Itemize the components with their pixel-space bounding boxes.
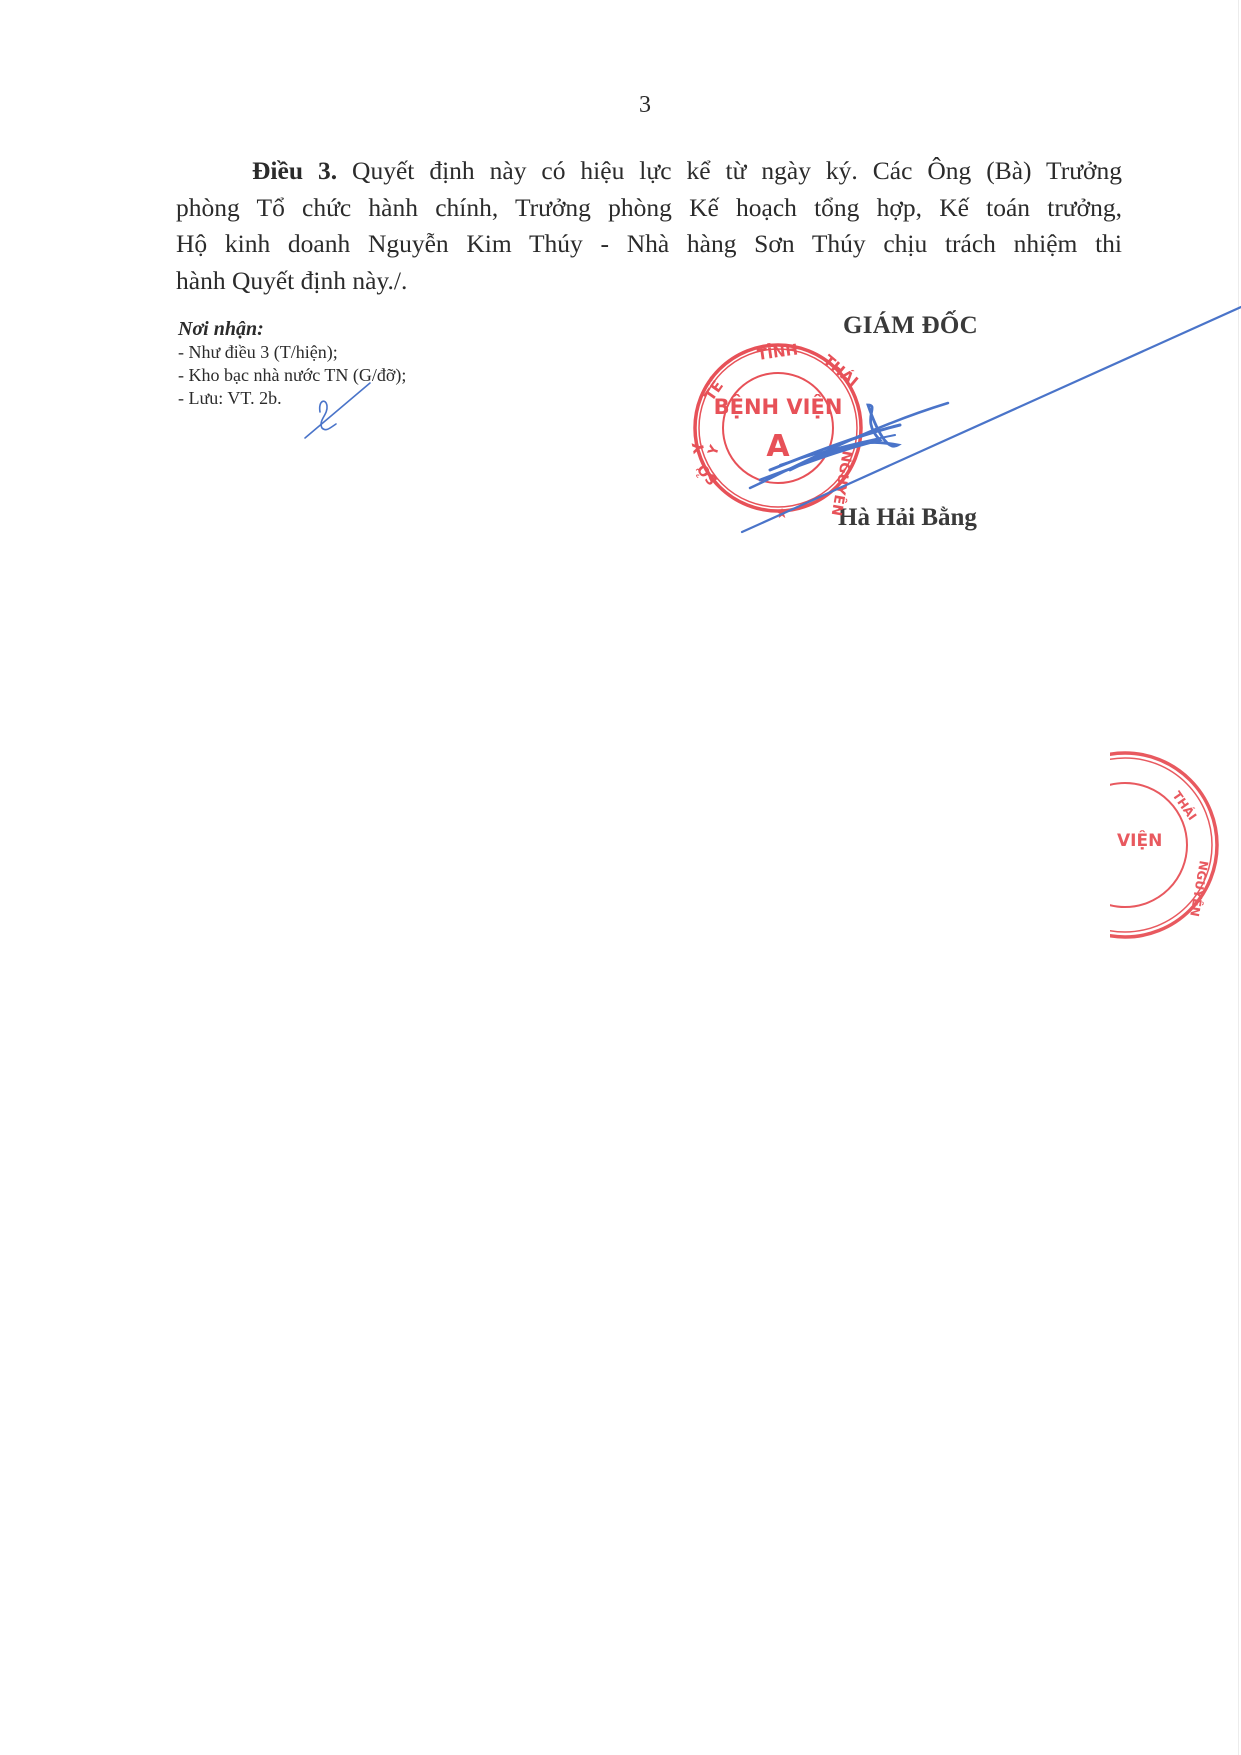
recipients-title: Nơi nhận:: [178, 317, 406, 341]
article-line-3: Hộ kinh doanh Nguyễn Kim Thúy - Nhà hàng…: [176, 226, 1122, 263]
recipients-block: Nơi nhận: - Như điều 3 (T/hiện); - Kho b…: [178, 317, 406, 410]
svg-text:THÁI: THÁI: [819, 351, 862, 391]
svg-text:Y: Y: [705, 443, 723, 458]
scan-edge-line: [1238, 0, 1239, 1755]
svg-text:TẾ: TẾ: [698, 375, 727, 404]
svg-text:TỈNH: TỈNH: [756, 337, 799, 363]
signature-icon: [742, 307, 1241, 532]
stamp-ring-text: Y: [688, 440, 708, 456]
partial-seal-icon: VIỆN THÁI NGUYÊN: [1033, 753, 1217, 937]
document-page: 3 Điều 3. Quyết định này có hiệu lực kể …: [0, 0, 1241, 1755]
signer-title: GIÁM ĐỐC: [843, 312, 978, 340]
article-line-2: phòng Tổ chức hành chính, Trưởng phòng K…: [176, 190, 1122, 227]
recipient-item: - Lưu: VT. 2b.: [178, 387, 406, 410]
article-3-paragraph: Điều 3. Quyết định này có hiệu lực kể từ…: [176, 153, 1122, 299]
recipient-item: - Như điều 3 (T/hiện);: [178, 341, 406, 364]
page-number: 3: [0, 92, 1241, 119]
article-line-4: hành Quyết định này./.: [176, 263, 1122, 300]
svg-text:★: ★: [776, 506, 789, 522]
recipient-item: - Kho bạc nhà nước TN (G/đỡ);: [178, 364, 406, 387]
svg-text:A: A: [766, 429, 790, 464]
official-seal-icon: Y Y TẾ TỈNH THÁI NGUYÊN SỞ BỆNH VIỆN A ★: [688, 337, 862, 522]
article-label: Điều 3.: [252, 156, 337, 185]
article-line-1: Điều 3. Quyết định này có hiệu lực kể từ…: [176, 153, 1122, 190]
svg-text:SỞ: SỞ: [692, 460, 721, 489]
signer-name: Hà Hải Bằng: [838, 504, 977, 532]
svg-text:THÁI: THÁI: [1170, 788, 1201, 823]
svg-text:BỆNH VIỆN: BỆNH VIỆN: [714, 393, 843, 419]
svg-text:VIỆN: VIỆN: [1117, 829, 1162, 851]
svg-text:NGUYÊN: NGUYÊN: [1187, 859, 1212, 917]
